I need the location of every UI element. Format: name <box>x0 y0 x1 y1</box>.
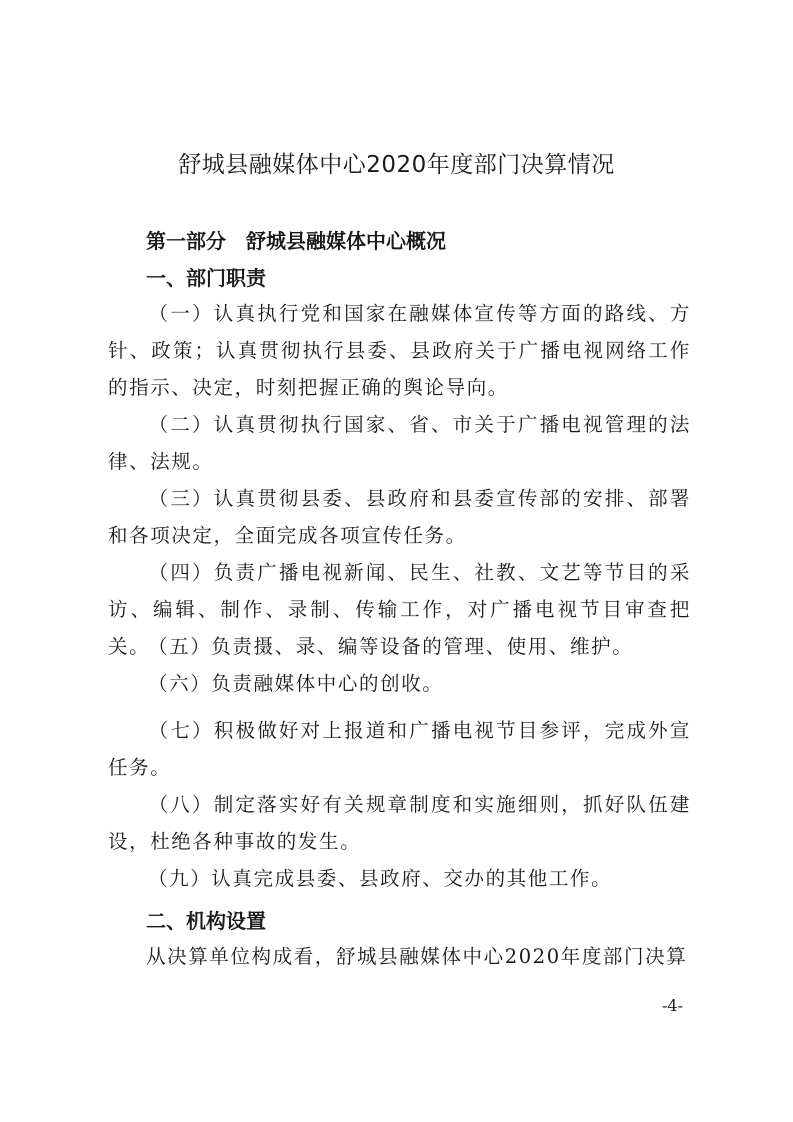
part-heading: 第一部分 舒城县融媒体中心概况 <box>146 225 446 254</box>
duty-paragraph-1: （一）认真执行党和国家在融媒体宣传等方面的路线、方针、政策；认真贯彻执行县委、县… <box>108 295 691 406</box>
duty-paragraph-3: （三）认真贯彻县委、县政府和县委宣传部的安排、部署和各项决定，全面完成各项宣传任… <box>108 480 691 554</box>
section-heading-organization: 二、机构设置 <box>146 905 266 934</box>
page-number: -4- <box>662 996 683 1015</box>
document-title: 舒城县融媒体中心2020年度部门决算情况 <box>0 146 793 179</box>
duty-paragraph-9: （九）认真完成县委、县政府、交办的其他工作。 <box>108 860 691 897</box>
duty-paragraph-6: （六）负责融媒体中心的创收。 <box>108 665 691 702</box>
organization-paragraph: 从决算单位构成看，舒城县融媒体中心2020年度部门决算 <box>146 938 706 975</box>
duty-paragraph-7: （七）积极做好对上报道和广播电视节目参评，完成外宣任务。 <box>108 712 691 786</box>
section-heading-duties: 一、部门职责 <box>146 262 266 291</box>
duty-paragraph-2: （二）认真贯彻执行国家、省、市关于广播电视管理的法律、法规。 <box>108 406 691 480</box>
duty-paragraph-5: （五）负责摄、录、编等设备的管理、使用、维护。 <box>108 628 691 665</box>
duty-paragraph-8: （八）制定落实好有关规章制度和实施细则，抓好队伍建设，杜绝各种事故的发生。 <box>108 786 691 860</box>
